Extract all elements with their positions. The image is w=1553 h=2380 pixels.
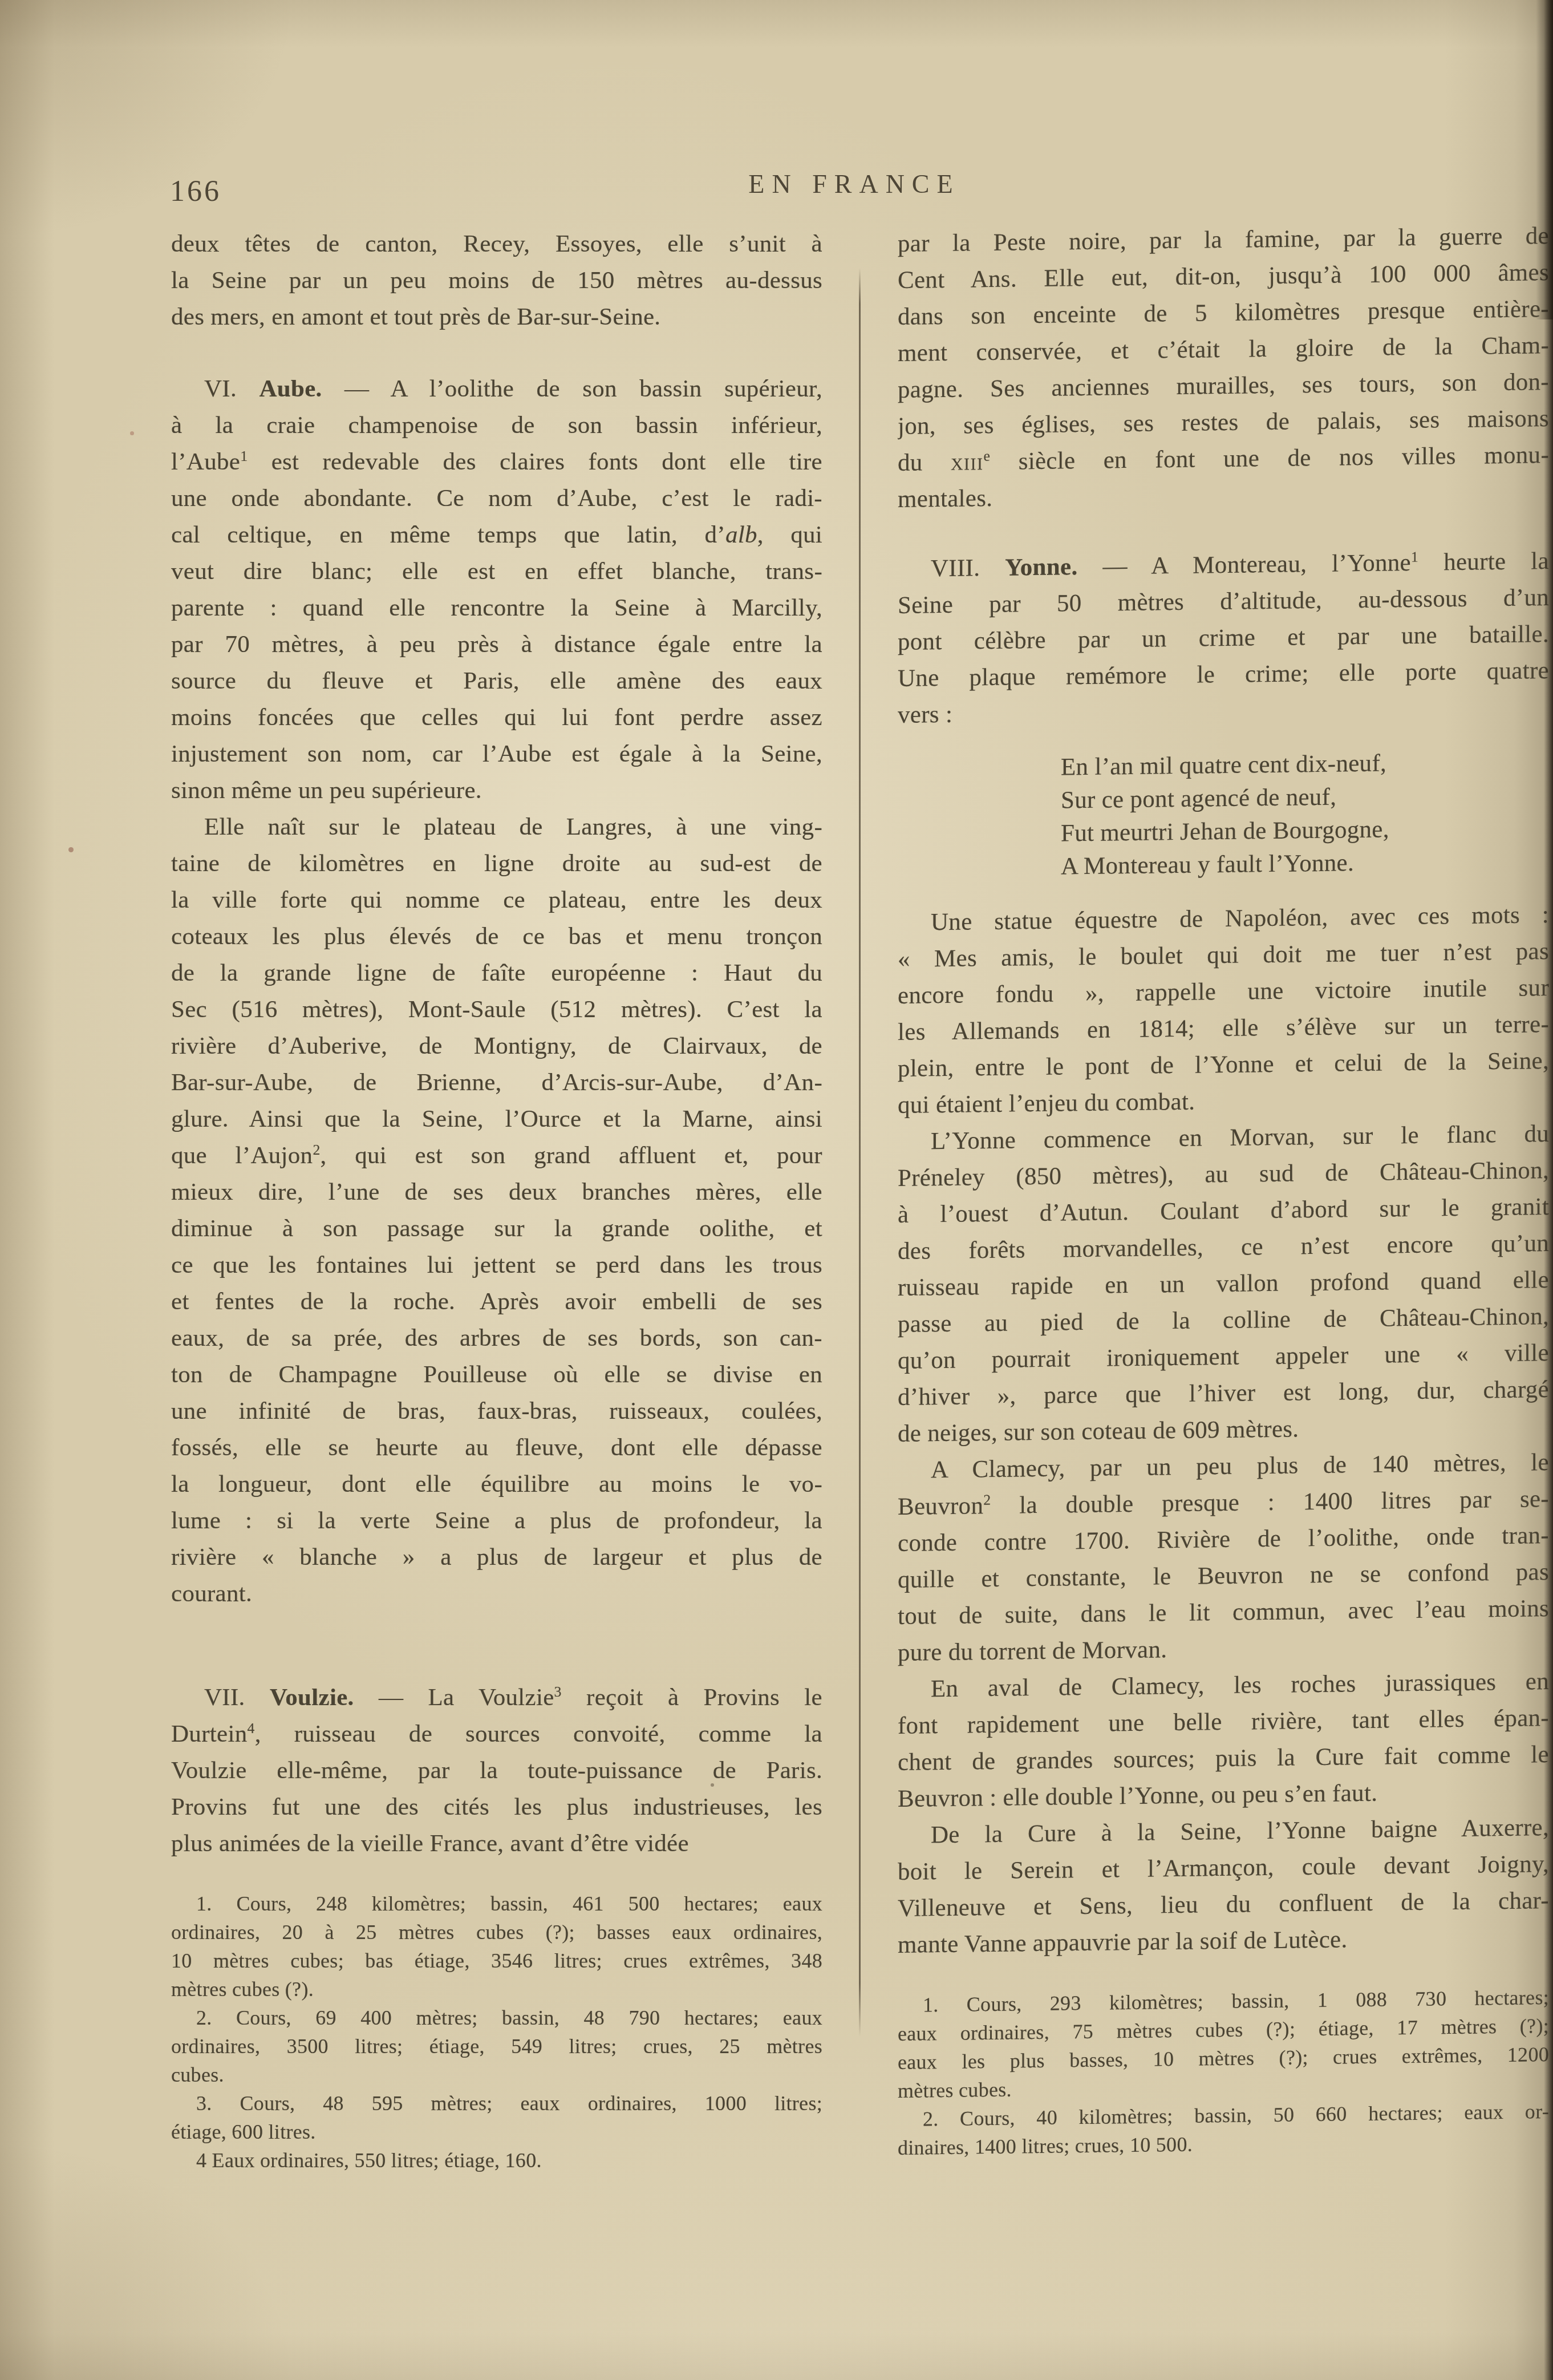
text-line: cubes. <box>171 2061 822 2089</box>
text-line: la ville forte qui nomme ce plateau, ent… <box>171 882 822 918</box>
text-line: injustement son nom, car l’Aube est égal… <box>171 736 822 772</box>
text-fragment: Beuvron <box>898 1492 983 1520</box>
text-line: de la grande ligne de faîte européenne :… <box>171 955 822 991</box>
text-fragment: VII. <box>204 1684 270 1711</box>
text-fragment: 2 <box>313 1142 320 1158</box>
footnote-2-aujon: 2. Cours, 69 400 mètres; bassin, 48 790 … <box>171 2003 822 2089</box>
text-line: Voulzie elle-même, par la toute-puissanc… <box>171 1752 822 1789</box>
text-line: lume : si la verte Seine a plus de profo… <box>171 1503 822 1539</box>
text-line: En l’an mil quatre cent dix-neuf, <box>1061 745 1549 784</box>
text-line: que l’Aujon2, qui est son grand affluent… <box>171 1138 822 1174</box>
text-line: une infinité de bras, faux-bras, ruissea… <box>171 1393 822 1430</box>
text-line: A Montereau y fault l’Yonne. <box>1061 844 1549 883</box>
text-fragment: Aube. <box>259 375 322 402</box>
footnote-3-voulzie: 3. Cours, 48 595 mètres; eaux ordinaires… <box>171 2089 822 2146</box>
text-fragment: — A l’oolithe de son bassin supérieur, <box>322 375 822 402</box>
page-number: 166 <box>170 175 221 208</box>
text-fragment: alb <box>725 521 757 548</box>
text-line: glure. Ainsi que la Seine, l’Ource et la… <box>171 1101 822 1138</box>
text-line: 2. Cours, 69 400 mètres; bassin, 48 790 … <box>171 2003 822 2032</box>
para-aube-1: VI. Aube. — A l’oolithe de son bassin su… <box>171 371 822 809</box>
text-line: VI. Aube. — A l’oolithe de son bassin su… <box>171 371 822 407</box>
text-fragment: VI. <box>204 375 259 402</box>
text-line: l’Aube1 est redevable des claires fonts … <box>171 444 822 480</box>
text-fragment: , qui est son grand affluent et, pour <box>321 1142 822 1169</box>
text-line: la longueur, dont elle équilibre au moin… <box>171 1466 822 1503</box>
text-line: Sec (516 mètres), Mont-Saule (512 mètres… <box>171 991 822 1028</box>
text-line: 4 Eaux ordinaires, 550 litres; étiage, 1… <box>171 2146 822 2175</box>
text-line: courant. <box>171 1576 822 1612</box>
text-fragment: la double presque : 1400 litres par se- <box>991 1486 1549 1519</box>
text-line: source du fleuve et Paris, elle amène de… <box>171 663 822 699</box>
para-aube-2: Elle naît sur le plateau de Langres, à u… <box>171 809 822 1612</box>
para-continuation: deux têtes de canton, Recey, Essoyes, el… <box>171 226 822 335</box>
text-fragment: Voulzie. <box>270 1684 354 1711</box>
text-line: rivière d’Auberive, de Montigny, de Clai… <box>171 1028 822 1064</box>
left-column-body: deux têtes de canton, Recey, Essoyes, el… <box>171 226 822 1862</box>
text-line: Bar-sur-Aube, de Brienne, d’Arcis-sur-Au… <box>171 1064 822 1101</box>
text-line: ordinaires, 20 à 25 mètres cubes (?); ba… <box>171 1918 822 1946</box>
para-yonne: VIII. Yonne. — A Montereau, l’Yonne1 heu… <box>898 543 1549 734</box>
text-line: rivière « blanche » a plus de largeur et… <box>171 1539 822 1576</box>
text-fragment: — La Voulzie <box>354 1684 554 1711</box>
text-line: ce que les fontaines lui jettent se perd… <box>171 1247 822 1284</box>
text-fragment: 3 <box>554 1683 562 1700</box>
text-line: mieux dire, l’une de ses deux branches m… <box>171 1174 822 1211</box>
text-line: coteaux les plus élevés de ce bas et men… <box>171 918 822 955</box>
text-line: par 70 mètres, à peu près à distance éga… <box>171 626 822 663</box>
text-fragment: xiii <box>951 448 984 476</box>
text-fragment: cal celtique, en même temps que latin, d… <box>171 521 725 548</box>
text-line: parente : quand elle rencontre la Seine … <box>171 590 822 626</box>
text-line: sinon même un peu supérieure. <box>171 772 822 809</box>
right-column-footnotes: 1. Cours, 293 kilomètres; bassin, 1 088 … <box>898 1983 1549 2162</box>
column-divider-rule <box>859 268 861 2037</box>
text-line: 1. Cours, 248 kilomètres; bassin, 461 50… <box>171 1889 822 1918</box>
text-fragment: 1 <box>240 448 248 464</box>
text-fragment: , ruisseau de sources convoité, comme la <box>255 1721 822 1747</box>
paper-vignette-bottom-left <box>0 2140 297 2380</box>
text-fragment: l’Aube <box>171 448 240 475</box>
text-fragment: 1 <box>1411 549 1418 565</box>
text-line: cal celtique, en même temps que latin, d… <box>171 517 822 553</box>
text-fragment: que l’Aujon <box>171 1142 313 1169</box>
text-fragment: 4 <box>247 1720 254 1737</box>
paper-speck <box>711 1783 714 1787</box>
text-line: mètres cubes (?). <box>171 1975 822 2003</box>
text-line: VII. Voulzie. — La Voulzie3 reçoit à Pro… <box>171 1679 822 1716</box>
text-fragment: heurte la <box>1418 548 1549 576</box>
text-fragment: 2 <box>983 1492 991 1508</box>
paper-vignette-top-left <box>0 0 297 240</box>
text-line: eaux, de sa prée, des arbres de ses bord… <box>171 1320 822 1357</box>
text-line: une onde abondante. Ce nom d’Aube, c’est… <box>171 480 822 517</box>
footnote-2-beuvron: 2. Cours, 40 kilomètres; bassin, 50 660 … <box>898 2097 1549 2162</box>
text-line: étiage, 600 litres. <box>171 2118 822 2146</box>
left-column: deux têtes de canton, Recey, Essoyes, el… <box>171 226 822 2175</box>
text-line: diminue à son passage sur la grande ooli… <box>171 1211 822 1247</box>
text-line: plus animées de la vieille France, avant… <box>171 1826 822 1862</box>
text-fragment: VIII. <box>931 554 1005 582</box>
text-fragment: est redevable des claires fonts dont ell… <box>248 448 822 475</box>
text-line: veut dire blanc; elle est en effet blanc… <box>171 553 822 590</box>
text-line: moins foncées que celles qui lui font pe… <box>171 699 822 736</box>
text-fragment: reçoit à Provins le <box>562 1684 822 1711</box>
para-clamecy: A Clamecy, par un peu plus de 140 mètres… <box>898 1444 1549 1671</box>
para-aval-clamecy: En aval de Clamecy, les roches jurassiqu… <box>898 1663 1549 1818</box>
text-line: et fentes de la roche. Après avoir embel… <box>171 1284 822 1320</box>
paper-speck <box>68 847 74 852</box>
text-line: Elle naît sur le plateau de Langres, à u… <box>171 809 822 845</box>
text-line: taine de kilomètres en ligne droite au s… <box>171 845 822 882</box>
footnote-1-aube: 1. Cours, 248 kilomètres; bassin, 461 50… <box>171 1889 822 2003</box>
text-line: Sur ce pont agencé de neuf, <box>1061 778 1549 817</box>
text-line: deux têtes de canton, Recey, Essoyes, el… <box>171 226 822 262</box>
text-line: ton de Champagne Pouilleuse où elle se d… <box>171 1357 822 1393</box>
text-fragment: Yonne. <box>1005 553 1077 581</box>
text-line: ordinaires, 3500 litres; étiage, 549 lit… <box>171 2032 822 2061</box>
text-line: 10 mètres cubes; bas étiage, 3546 litres… <box>171 1946 822 1975</box>
text-fragment: , qui <box>757 521 822 548</box>
paper-speck <box>130 431 134 435</box>
text-line: des mers, en amont et tout près de Bar-s… <box>171 299 822 335</box>
left-column-footnotes: 1. Cours, 248 kilomètres; bassin, 461 50… <box>171 1889 822 2175</box>
running-title: EN FRANCE <box>748 169 960 199</box>
text-line: Durtein4, ruisseau de sources convoité, … <box>171 1716 822 1752</box>
book-page: 166 EN FRANCE deux têtes de canton, Rece… <box>0 0 1553 2380</box>
verse-montereau: En l’an mil quatre cent dix-neuf,Sur ce … <box>898 745 1549 885</box>
para-voulzie: VII. Voulzie. — La Voulzie3 reçoit à Pro… <box>171 1679 822 1862</box>
text-line: à la craie champenoise de son bassin inf… <box>171 407 822 444</box>
right-column: par la Peste noire, par la famine, par l… <box>898 218 1549 2162</box>
para-yonne-morvan: L’Yonne commence en Morvan, sur le flanc… <box>898 1116 1549 1452</box>
text-line: fossés, elle se heurte au fleuve, dont e… <box>171 1430 822 1466</box>
text-line: Provins fut une des cités les plus indus… <box>171 1789 822 1826</box>
text-fragment: siècle en font une de nos villes monu- <box>990 442 1549 475</box>
footnote-1-yonne: 1. Cours, 293 kilomètres; bassin, 1 088 … <box>898 1983 1549 2105</box>
text-fragment: e <box>984 448 991 464</box>
text-fragment: du <box>898 449 951 476</box>
para-provins-continuation: par la Peste noire, par la famine, par l… <box>898 218 1549 518</box>
footnote-4-durtein: 4 Eaux ordinaires, 550 litres; étiage, 1… <box>171 2146 822 2175</box>
para-statue-napoleon: Une statue équestre de Napoléon, avec ce… <box>898 897 1549 1124</box>
right-column-body: par la Peste noire, par la famine, par l… <box>898 218 1549 1964</box>
text-line: la Seine par un peu moins de 150 mètres … <box>171 262 822 299</box>
text-line: Fut meurtri Jehan de Bourgogne, <box>1061 811 1549 850</box>
text-fragment: Durtein <box>171 1721 247 1747</box>
page-edge-shadow-top <box>1536 0 1553 319</box>
text-line: 3. Cours, 48 595 mètres; eaux ordinaires… <box>171 2089 822 2118</box>
text-line: mante Vanne appauvrie par la soif de Lut… <box>898 1919 1549 1964</box>
page-edge-shadow <box>1544 0 1553 2380</box>
text-fragment: — A Montereau, l’Yonne <box>1078 549 1411 580</box>
para-cure-seine: De la Cure à la Seine, l’Yonne baigne Au… <box>898 1810 1549 1964</box>
